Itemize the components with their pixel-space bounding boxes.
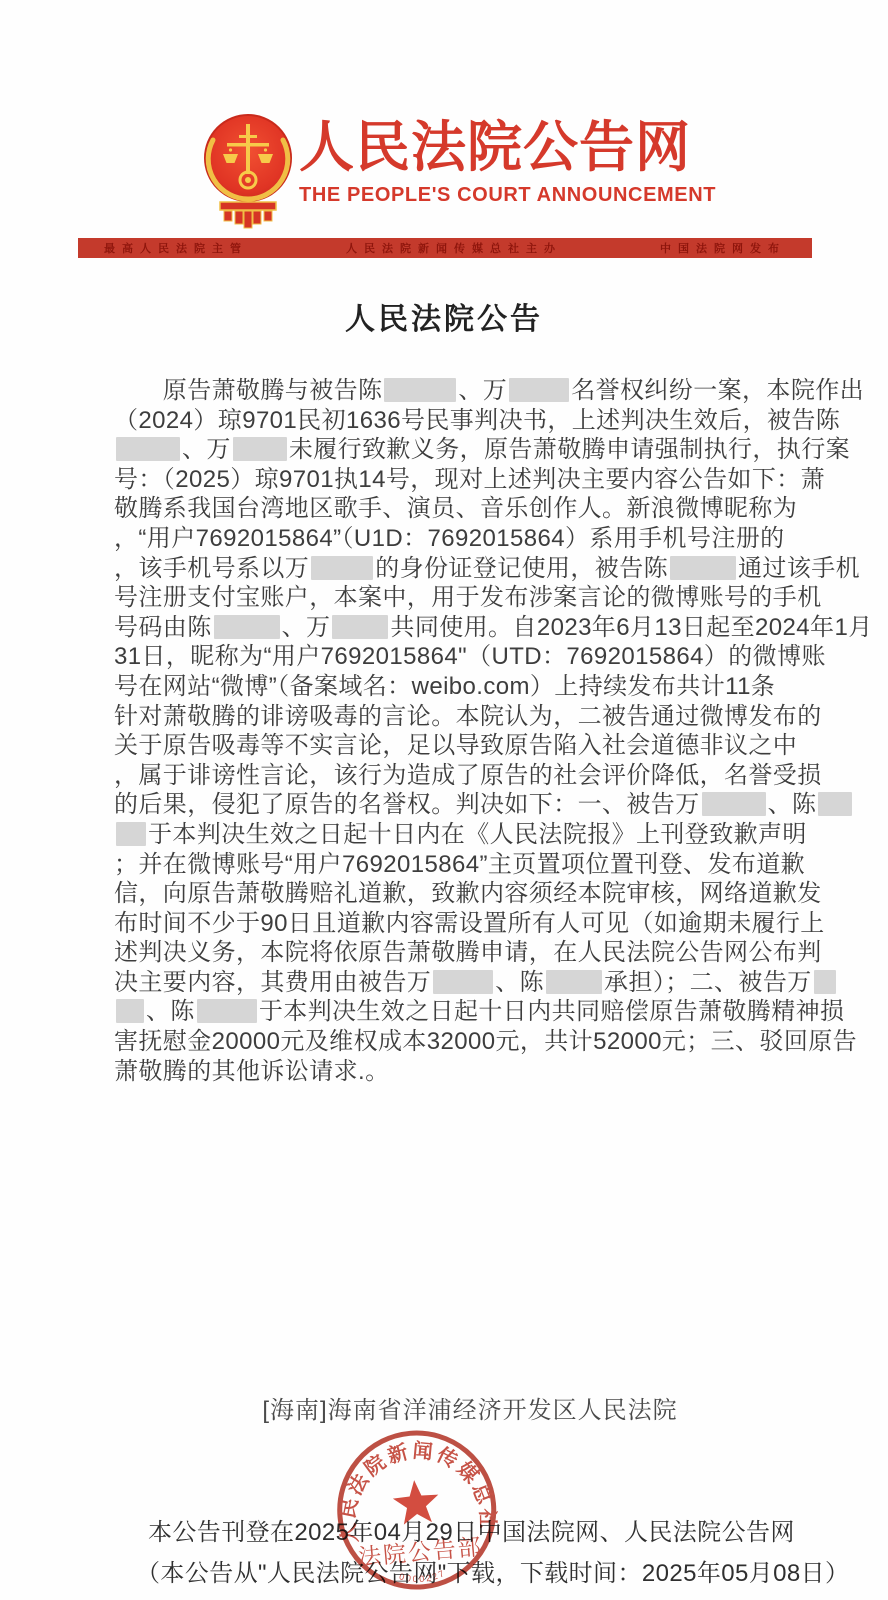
body-text-segment: 的后果，侵犯了原告的名誉权。判决如下：一、被告万 bbox=[114, 791, 700, 818]
official-seal-stamp: 人民法院新闻传媒总社 法院公告部 0000227 bbox=[324, 1419, 511, 1600]
stamp-star-icon bbox=[391, 1478, 440, 1525]
body-text-segment: 原告萧敬腾与被告陈 bbox=[114, 377, 382, 404]
court-emblem-icon bbox=[202, 110, 294, 230]
body-text-segment: 针对萧敬腾的诽谤吸毒的言论。本院认为，二被告通过微博发布的 bbox=[114, 703, 822, 730]
body-text-segment: 关于原告吸毒等不实言论，足以导致原告陷入社会道德非议之中 bbox=[114, 732, 797, 759]
body-line: 号码由陈、万共同使用。自2023年6月13日起至2024年1月 bbox=[114, 613, 782, 643]
redaction-box bbox=[311, 556, 373, 580]
redaction-box bbox=[214, 615, 280, 639]
redaction-box bbox=[433, 970, 493, 994]
body-text-segment: 布时间不少于90日且道歉内容需设置所有人可见（如逾期未履行上 bbox=[114, 910, 825, 937]
body-line: 信，向原告萧敬腾赔礼道歉，致歉内容须经本院审核，网络道歉发 bbox=[114, 879, 782, 909]
body-line: 布时间不少于90日且道歉内容需设置所有人可见（如逾期未履行上 bbox=[114, 909, 782, 939]
court-announcement-page: 人民法院公告网 THE PEOPLE'S COURT ANNOUNCEMENT … bbox=[0, 0, 888, 1600]
body-line: ，属于诽谤性言论，该行为造成了原告的社会评价降低，名誉受损 bbox=[114, 761, 782, 791]
body-text-segment: 、万 bbox=[182, 436, 231, 463]
body-line: 、万未履行致歉义务，原告萧敬腾申请强制执行，执行案 bbox=[114, 435, 782, 465]
body-line: 针对萧敬腾的诽谤吸毒的言论。本院认为，二被告通过微博发布的 bbox=[114, 702, 782, 732]
body-text-segment: 述判决义务，本院将依原告萧敬腾申请，在人民法院公告网公布判 bbox=[114, 939, 822, 966]
site-subtitle: THE PEOPLE'S COURT ANNOUNCEMENT bbox=[299, 184, 719, 207]
body-line: （2024）琼9701民初1636号民事判决书，上述判决生效后，被告陈 bbox=[114, 406, 782, 436]
body-line: 号：（2025）琼9701执14号，现对上述判决主要内容公告如下：萧 bbox=[114, 465, 782, 495]
body-text-segment: 萧敬腾的其他诉讼请求.。 bbox=[114, 1058, 389, 1085]
body-text-segment: 31日，昵称为“用户7692015864"（UTD：7692015864）的微博… bbox=[114, 643, 826, 670]
body-text-segment: ，属于诽谤性言论，该行为造成了原告的社会评价降低，名誉受损 bbox=[114, 762, 822, 789]
body-line: 号注册支付宝账户，本案中，用于发布涉案言论的微博账号的手机 bbox=[114, 583, 782, 613]
body-line: 萧敬腾的其他诉讼请求.。 bbox=[114, 1057, 782, 1087]
announcement-title: 人民法院公告 bbox=[0, 294, 888, 338]
body-text-segment: ，“用户7692015864”（U1D：7692015864）系用手机号注册的 bbox=[114, 525, 785, 552]
redaction-box bbox=[546, 970, 602, 994]
redaction-box bbox=[814, 970, 836, 994]
body-text-segment: 名誉权纠纷一案，本院作出 bbox=[571, 377, 864, 404]
redaction-box bbox=[233, 437, 287, 461]
redaction-box bbox=[670, 556, 736, 580]
body-line: 的后果，侵犯了原告的名誉权。判决如下：一、被告万、陈 bbox=[114, 790, 782, 820]
body-text-segment: 、万 bbox=[458, 377, 507, 404]
body-text-segment: 号注册支付宝账户，本案中，用于发布涉案言论的微博账号的手机 bbox=[114, 584, 822, 611]
site-title: 人民法院公告网 bbox=[299, 116, 719, 178]
body-line: 原告萧敬腾与被告陈、万名誉权纠纷一案，本院作出 bbox=[114, 376, 782, 406]
redaction-box bbox=[197, 999, 257, 1023]
body-text-segment: 信，向原告萧敬腾赔礼道歉，致歉内容须经本院审核，网络道歉发 bbox=[114, 880, 822, 907]
body-text-segment: ；并在微博账号“用户7692015864”主页置项位置刊登、发布道歉 bbox=[114, 851, 805, 878]
body-text-segment: 、陈 bbox=[146, 998, 195, 1025]
issuing-court: [海南]海南省洋浦经济开发区人民法院 bbox=[0, 1390, 888, 1425]
body-text-segment: 号码由陈 bbox=[114, 614, 212, 641]
body-line: 号在网站“微博”（备案域名：weibo.com）上持续发布共计11条 bbox=[114, 672, 782, 702]
body-text-segment: 、陈 bbox=[495, 969, 544, 996]
body-text-segment: （2024）琼9701民初1636号民事判决书，上述判决生效后，被告陈 bbox=[114, 407, 840, 434]
body-text-segment: 的身份证登记使用，被告陈 bbox=[375, 555, 668, 582]
redaction-box bbox=[509, 378, 569, 402]
body-line: ，“用户7692015864”（U1D：7692015864）系用手机号注册的 bbox=[114, 524, 782, 554]
body-text-segment: 于本判决生效之日起十日内在《人民法院报》上刊登致歉声明 bbox=[148, 821, 807, 848]
body-line: ，该手机号系以万的身份证登记使用，被告陈通过该手机 bbox=[114, 554, 782, 584]
body-text-segment: ，该手机号系以万 bbox=[114, 555, 309, 582]
body-line: 敬腾系我国台湾地区歌手、演员、音乐创作人。新浪微博昵称为 bbox=[114, 494, 782, 524]
redaction-box bbox=[384, 378, 456, 402]
banner-item-organizer: 人民法院新闻传媒总社主办 bbox=[346, 240, 562, 256]
redaction-box bbox=[116, 822, 146, 846]
body-line: 关于原告吸毒等不实言论，足以导致原告陷入社会道德非议之中 bbox=[114, 731, 782, 761]
body-line: 述判决义务，本院将依原告萧敬腾申请，在人民法院公告网公布判 bbox=[114, 938, 782, 968]
body-text-segment: 害抚慰金20000元及维权成本32000元，共计52000元；三、驳回原告 bbox=[114, 1028, 857, 1055]
body-line: 决主要内容，其费用由被告万、陈承担）；二、被告万 bbox=[114, 968, 782, 998]
banner-item-supervisor: 最高人民法院主管 bbox=[104, 240, 248, 256]
body-line: ；并在微博账号“用户7692015864”主页置项位置刊登、发布道歉 bbox=[114, 850, 782, 880]
body-text-segment: 决主要内容，其费用由被告万 bbox=[114, 969, 431, 996]
stamp-center-label: 法院公告部 bbox=[357, 1533, 484, 1570]
body-text-segment: 通过该手机 bbox=[738, 555, 860, 582]
banner-item-publisher: 中国法院网发布 bbox=[660, 240, 786, 256]
body-line: 31日，昵称为“用户7692015864"（UTD：7692015864）的微博… bbox=[114, 642, 782, 672]
body-text-segment: 、万 bbox=[282, 614, 331, 641]
masthead-banner: 最高人民法院主管 人民法院新闻传媒总社主办 中国法院网发布 bbox=[78, 238, 812, 258]
body-line: 、陈于本判决生效之日起十日内共同赔偿原告萧敬腾精神损 bbox=[114, 997, 782, 1027]
body-text-segment: 、陈 bbox=[768, 791, 817, 818]
redaction-box bbox=[702, 792, 766, 816]
site-header: 人民法院公告网 THE PEOPLE'S COURT ANNOUNCEMENT bbox=[299, 116, 719, 207]
body-text-segment: 号：（2025）琼9701执14号，现对上述判决主要内容公告如下：萧 bbox=[114, 466, 825, 493]
redaction-box bbox=[116, 999, 144, 1023]
body-text-segment: 共同使用。自2023年6月13日起至2024年1月 bbox=[390, 614, 872, 641]
redaction-box bbox=[332, 615, 388, 639]
body-text-segment: 承担）；二、被告万 bbox=[604, 969, 812, 996]
body-line: 害抚慰金20000元及维权成本32000元，共计52000元；三、驳回原告 bbox=[114, 1027, 782, 1057]
announcement-body: 原告萧敬腾与被告陈、万名誉权纠纷一案，本院作出（2024）琼9701民初1636… bbox=[114, 376, 782, 1086]
redaction-box bbox=[116, 437, 180, 461]
body-text-segment: 敬腾系我国台湾地区歌手、演员、音乐创作人。新浪微博昵称为 bbox=[114, 495, 797, 522]
body-line: 于本判决生效之日起十日内在《人民法院报》上刊登致歉声明 bbox=[114, 820, 782, 850]
body-text-segment: 号在网站“微博”（备案域名：weibo.com）上持续发布共计11条 bbox=[114, 673, 775, 700]
body-text-segment: 于本判决生效之日起十日内共同赔偿原告萧敬腾精神损 bbox=[259, 998, 845, 1025]
redaction-box bbox=[818, 792, 852, 816]
body-text-segment: 未履行致歉义务，原告萧敬腾申请强制执行，执行案 bbox=[289, 436, 850, 463]
